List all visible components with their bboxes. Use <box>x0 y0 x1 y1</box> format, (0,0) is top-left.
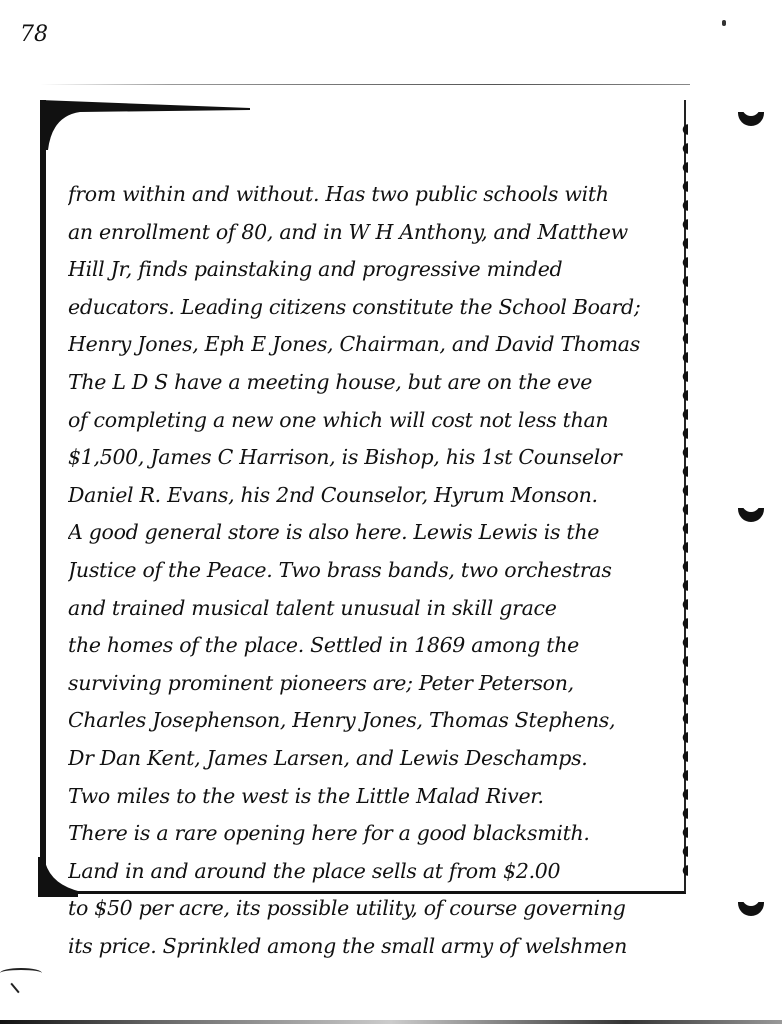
stray-pen-mark <box>0 968 42 978</box>
binder-hole-icon <box>738 112 764 126</box>
text-line: A good general store is also here. Lewis… <box>68 514 688 552</box>
corner-ornament-top-left <box>40 100 250 150</box>
text-line: of completing a new one which will cost … <box>68 402 688 440</box>
stray-pen-tick <box>10 983 19 993</box>
text-line: Two miles to the west is the Little Mala… <box>68 778 688 816</box>
text-line: Land in and around the place sells at fr… <box>68 853 688 891</box>
text-line: the homes of the place. Settled in 1869 … <box>68 627 688 665</box>
text-line: $1,500, James C Harrison, is Bishop, his… <box>68 439 688 477</box>
text-line: The L D S have a meeting house, but are … <box>68 364 688 402</box>
page-number: 78 <box>20 22 48 47</box>
text-line: from within and without. Has two public … <box>68 176 688 214</box>
text-line: educators. Leading citizens constitute t… <box>68 289 688 327</box>
text-line: Dr Dan Kent, James Larsen, and Lewis Des… <box>68 740 688 778</box>
handwritten-body: from within and without. Has two public … <box>68 176 688 965</box>
binder-hole-icon <box>738 902 764 916</box>
text-line: Charles Josephenson, Henry Jones, Thomas… <box>68 702 688 740</box>
scan-bottom-edge <box>0 1020 782 1024</box>
text-line: There is a rare opening here for a good … <box>68 815 688 853</box>
text-line: Justice of the Peace. Two brass bands, t… <box>68 552 688 590</box>
text-line: Daniel R. Evans, his 2nd Counselor, Hyru… <box>68 477 688 515</box>
binder-hole-icon <box>738 508 764 522</box>
top-edge-line <box>40 84 690 85</box>
text-line: Henry Jones, Eph E Jones, Chairman, and … <box>68 326 688 364</box>
text-line: its price. Sprinkled among the small arm… <box>68 928 688 966</box>
text-line: an enrollment of 80, and in W H Anthony,… <box>68 214 688 252</box>
text-line: and trained musical talent unusual in sk… <box>68 590 688 628</box>
text-line: surviving prominent pioneers are; Peter … <box>68 665 688 703</box>
scan-artifact <box>722 20 726 26</box>
text-line: Hill Jr, finds painstaking and progressi… <box>68 251 688 289</box>
manuscript-sheet: from within and without. Has two public … <box>40 100 686 894</box>
text-line: to $50 per acre, its possible utility, o… <box>68 890 688 928</box>
